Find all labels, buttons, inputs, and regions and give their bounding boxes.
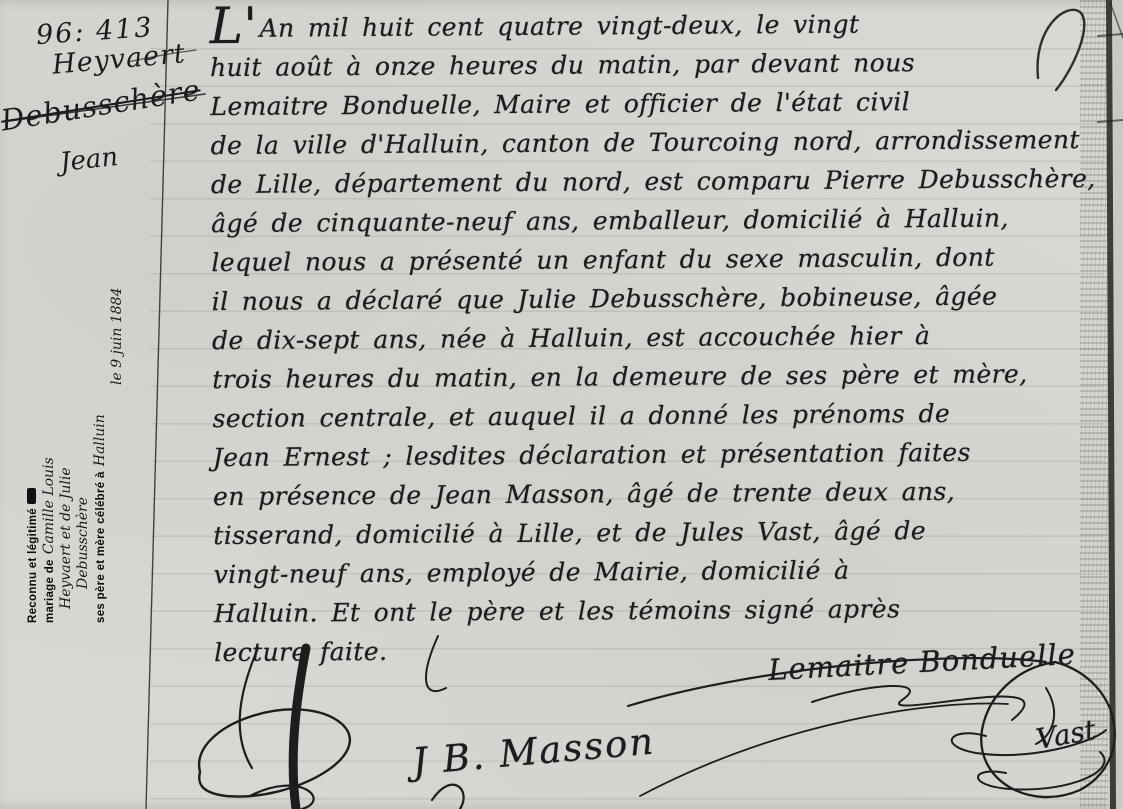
stamp-text: mariage de bbox=[44, 559, 56, 623]
act-line: âgé de cinquante-neuf ans, emballeur, do… bbox=[211, 198, 1091, 243]
act-line-text: An mil huit cent quatre vingt-deux, le v… bbox=[259, 10, 859, 43]
paraph-heavy-stroke bbox=[293, 648, 306, 809]
scan-page-edge bbox=[1114, 0, 1123, 809]
margin-given-name: Jean bbox=[59, 142, 120, 178]
act-line: Lemaitre Bonduelle, Maire et officier de… bbox=[210, 81, 1090, 126]
act-line: en présence de Jean Masson, âgé de trent… bbox=[213, 471, 1093, 516]
legitimation-margin-note: Reconnu et légitimé mariage de Camille L… bbox=[22, 223, 132, 623]
note-line-4: Debusschère bbox=[73, 223, 90, 589]
act-line: Jean Ernest ; lesdites déclaration et pr… bbox=[213, 432, 1093, 477]
margin-rule-line bbox=[146, 0, 168, 809]
act-line: de dix-sept ans, née à Halluin, est acco… bbox=[212, 315, 1092, 360]
act-line: lequel nous a présenté un enfant du sexe… bbox=[211, 237, 1091, 282]
paraph-loop bbox=[250, 786, 314, 809]
note-line-6: le 9 juin 1884 bbox=[107, 223, 124, 385]
act-line: il nous a déclaré que Julie Debusschère,… bbox=[212, 276, 1092, 321]
ink-blot bbox=[27, 488, 36, 504]
handwritten-text: Debusschère bbox=[75, 497, 91, 589]
act-line: section centrale, et auquel il a donné l… bbox=[212, 393, 1092, 438]
margin-surname-struck: Debusschère bbox=[0, 72, 203, 137]
scan-noise-band bbox=[1080, 0, 1108, 809]
note-line-3: Heyvaert et de Julie bbox=[56, 223, 73, 609]
act-line: huit août à onze heures du matin, par de… bbox=[210, 42, 1090, 87]
scan-gutter-line bbox=[1109, 0, 1113, 809]
handwritten-date: le 9 juin 1884 bbox=[109, 287, 125, 385]
vast-zigzag bbox=[812, 686, 1025, 720]
note-line-5: ses père et mère célébré à Halluin bbox=[90, 223, 107, 623]
act-line: trois heures du matin, en la demeure de … bbox=[212, 354, 1092, 399]
handwritten-text: Heyvaert et de Julie bbox=[58, 467, 74, 609]
act-line: L'An mil huit cent quatre vingt-deux, le… bbox=[210, 3, 1090, 48]
act-line: de Lille, département du nord, est compa… bbox=[211, 159, 1091, 204]
handwritten-place: Halluin bbox=[92, 414, 108, 466]
vast-tail bbox=[640, 704, 1008, 796]
stamp-text: Reconnu et légitimé bbox=[27, 508, 39, 623]
paraph-oval bbox=[199, 709, 350, 796]
signature-witness-masson: J B. Masson bbox=[411, 719, 657, 783]
act-text-block: L'An mil huit cent quatre vingt-deux, le… bbox=[210, 3, 1095, 672]
note-line-1: Reconnu et légitimé bbox=[22, 223, 39, 623]
act-line: tisserand, domicilié à Lille, et de Jule… bbox=[213, 510, 1093, 555]
act-line: de la ville d'Halluin, canton de Tourcoi… bbox=[211, 120, 1091, 165]
act-line: Halluin. Et ont le père et les témoins s… bbox=[214, 588, 1094, 633]
stamp-text: ses père et mère célébré à bbox=[95, 471, 107, 623]
act-line: vingt-neuf ans, employé de Mairie, domic… bbox=[214, 549, 1094, 594]
bottom-edge-stroke bbox=[432, 785, 464, 809]
note-line-2: mariage de Camille Louis bbox=[39, 223, 56, 623]
scanned-birth-record-page: 96: 413 Heyvaert Debusschère Jean Reconn… bbox=[0, 0, 1123, 809]
handwritten-father-name: Camille Louis bbox=[41, 457, 57, 554]
